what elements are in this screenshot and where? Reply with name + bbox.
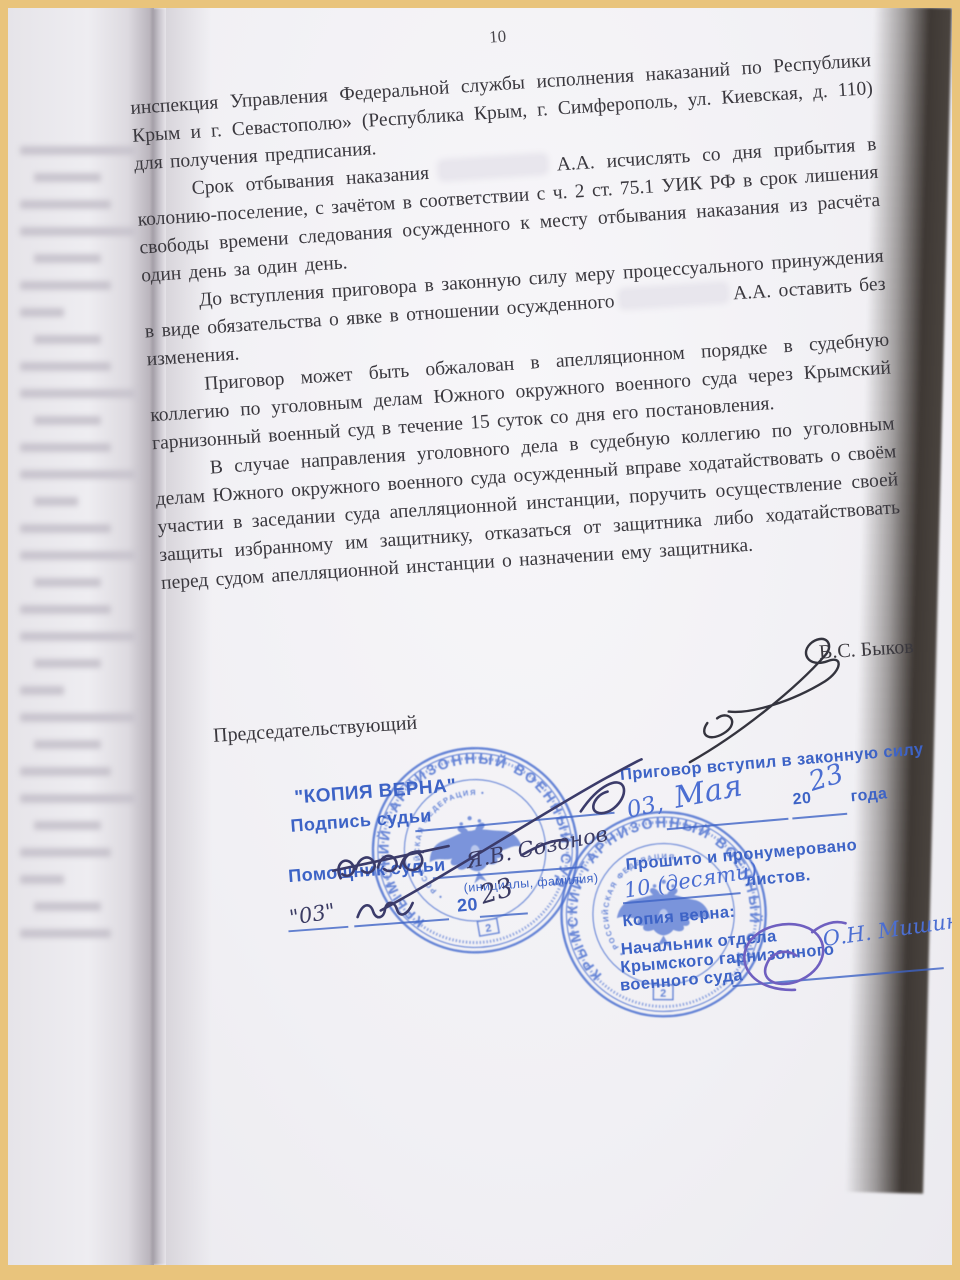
force-year-prefix: 20 [792,790,812,810]
date-day-handwritten: "03" [288,899,337,930]
presiding-judge-label: Председательствующий [212,712,417,748]
scanned-court-document: 10 инспекция Управления Федеральной служ… [0,0,960,1280]
year-line [480,912,528,918]
force-year-suffix: года [850,785,888,806]
judge-signature-ink [675,620,884,783]
scan-sheet: 10 инспекция Управления Федеральной служ… [8,8,952,1265]
underlying-page-edge [8,8,154,1265]
redacted-name [440,156,545,178]
judge-signature-on-stamp-ink [366,748,705,919]
redacted-name [621,285,726,307]
page-content: 10 инспекция Управления Федеральной служ… [125,8,952,1201]
force-year-line [792,813,847,820]
officer-signature-ink [718,898,866,1005]
verdict-text: инспекция Управления Федеральной службы … [130,47,903,598]
signature-and-stamps-section: В.С. Быков Председательствующий КРЫМСКИЙ… [167,620,952,1139]
